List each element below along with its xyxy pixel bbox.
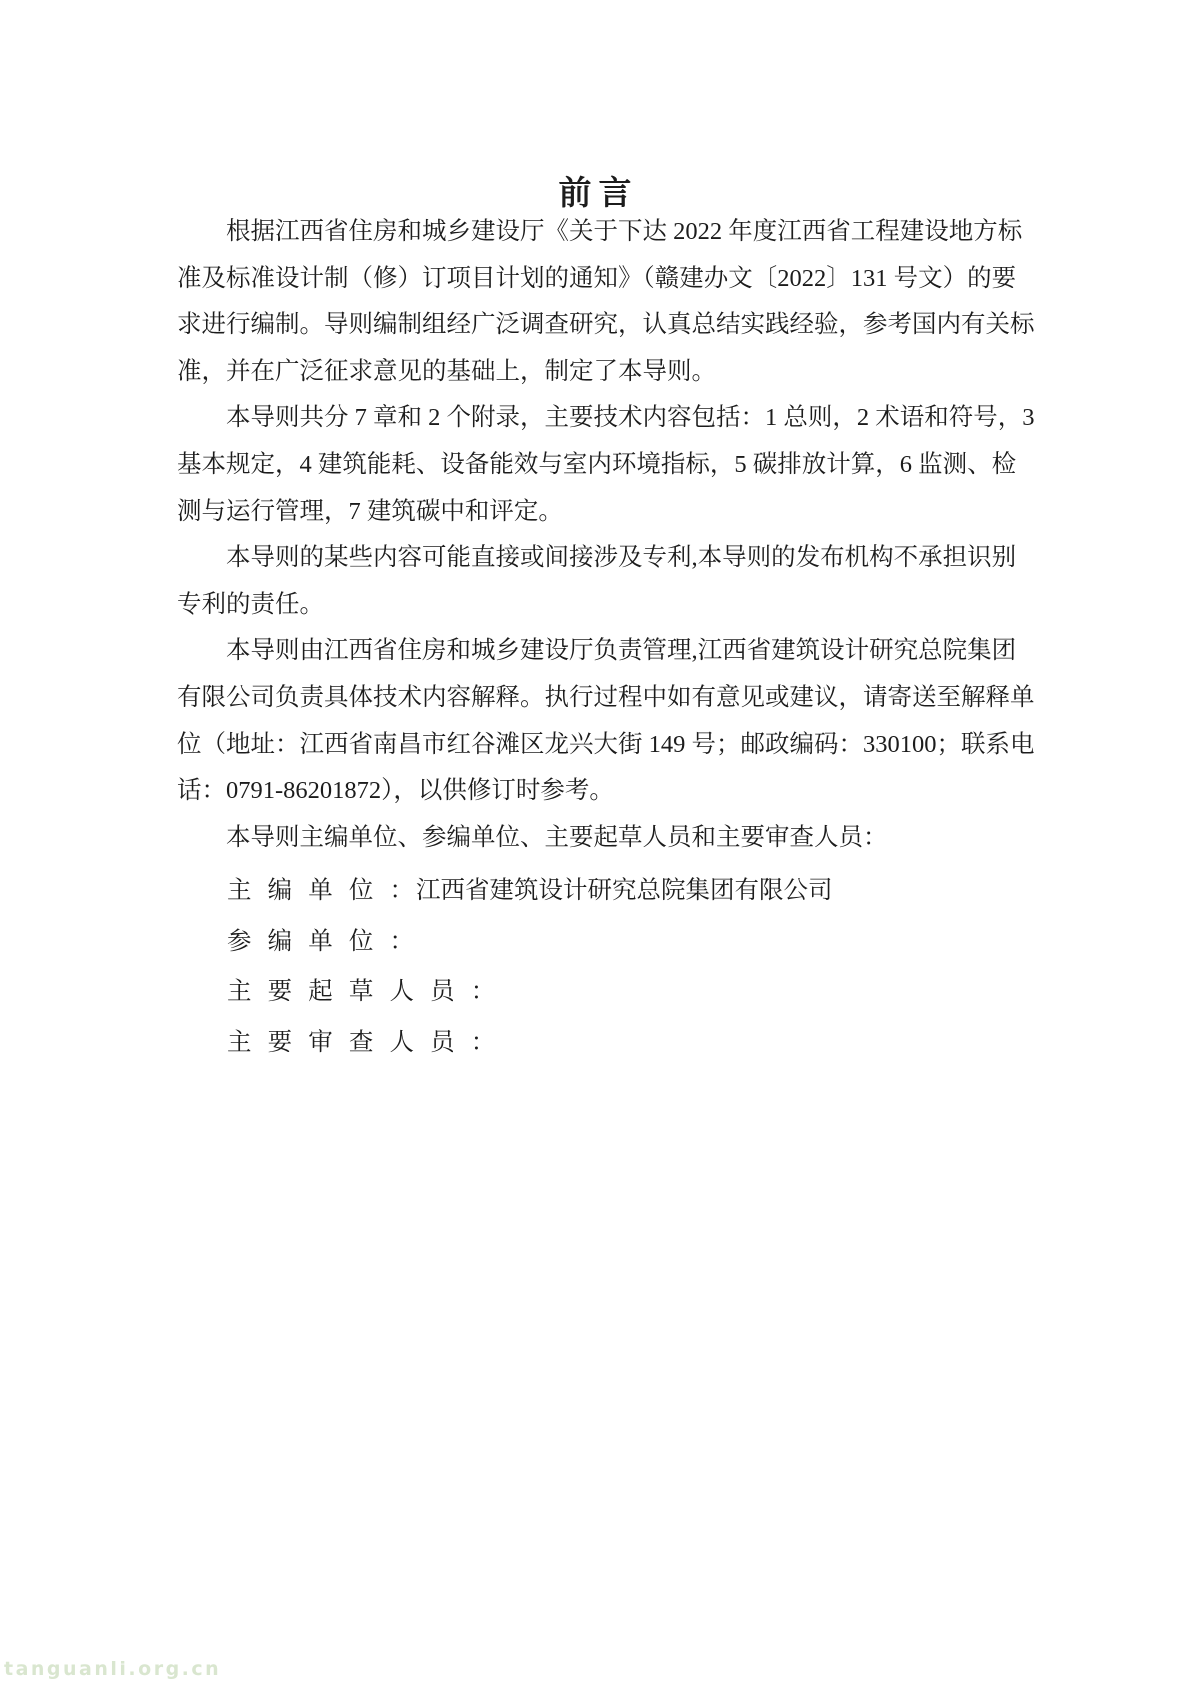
credit-label: 参 编 单 位 ： — [227, 928, 414, 955]
credit-label: 主 编 单 位 ： — [227, 877, 414, 904]
credit-main-reviewers: 主 要 审 查 人 员 ： — [177, 1018, 1013, 1069]
paragraph-line: 本导则共分 7 章和 2 个附录，主要技术内容包括：1 总则，2 术语和符号，3 — [177, 395, 1013, 442]
credit-value: 江西省建筑设计研究总院集团有限公司 — [416, 877, 833, 904]
credit-label: 主 要 审 查 人 员 ： — [227, 1029, 495, 1056]
paragraph-line: 本导则由江西省住房和城乡建设厅负责管理,江西省建筑设计研究总院集团 — [177, 628, 1013, 675]
paragraph-line: 有限公司负责具体技术内容解释。执行过程中如有意见或建议，请寄送至解释单 — [177, 675, 1013, 722]
paragraph-line: 本导则主编单位、参编单位、主要起草人员和主要审查人员： — [177, 815, 1013, 862]
document-page: 前言 根据江西省住房和城乡建设厅《关于下达 2022 年度江西省工程建设地方标 … — [0, 0, 1190, 1683]
credit-participating-unit: 参 编 单 位 ： — [177, 917, 1013, 968]
credit-main-drafters: 主 要 起 草 人 员 ： — [177, 967, 1013, 1018]
site-watermark: tanguanli.org.cn — [4, 1658, 221, 1680]
paragraph-line: 准及标准设计制（修）订项目计划的通知》（赣建办文〔2022〕131 号文）的要 — [177, 256, 1013, 303]
credit-label: 主 要 起 草 人 员 ： — [227, 978, 495, 1005]
paragraph-line: 本导则的某些内容可能直接或间接涉及专利,本导则的发布机构不承担识别 — [177, 535, 1013, 582]
credits-section: 主 编 单 位 ：江西省建筑设计研究总院集团有限公司 参 编 单 位 ： 主 要… — [177, 866, 1013, 1068]
paragraph-line: 位（地址：江西省南昌市红谷滩区龙兴大街 149 号；邮政编码：330100；联系… — [177, 722, 1013, 769]
paragraph-line: 测与运行管理，7 建筑碳中和评定。 — [177, 489, 1013, 536]
paragraph-line: 根据江西省住房和城乡建设厅《关于下达 2022 年度江西省工程建设地方标 — [177, 209, 1013, 256]
paragraph-line: 话：0791-86201872），以供修订时参考。 — [177, 768, 1013, 815]
paragraph-line: 基本规定，4 建筑能耗、设备能效与室内环境指标，5 碳排放计算，6 监测、检 — [177, 442, 1013, 489]
foreword-body: 根据江西省住房和城乡建设厅《关于下达 2022 年度江西省工程建设地方标 准及标… — [177, 209, 1013, 861]
paragraph-line: 求进行编制。导则编制组经广泛调查研究，认真总结实践经验，参考国内有关标 — [177, 302, 1013, 349]
credit-chief-editor-unit: 主 编 单 位 ：江西省建筑设计研究总院集团有限公司 — [177, 866, 1013, 917]
paragraph-line: 专利的责任。 — [177, 582, 1013, 629]
paragraph-line: 准，并在广泛征求意见的基础上，制定了本导则。 — [177, 349, 1013, 396]
